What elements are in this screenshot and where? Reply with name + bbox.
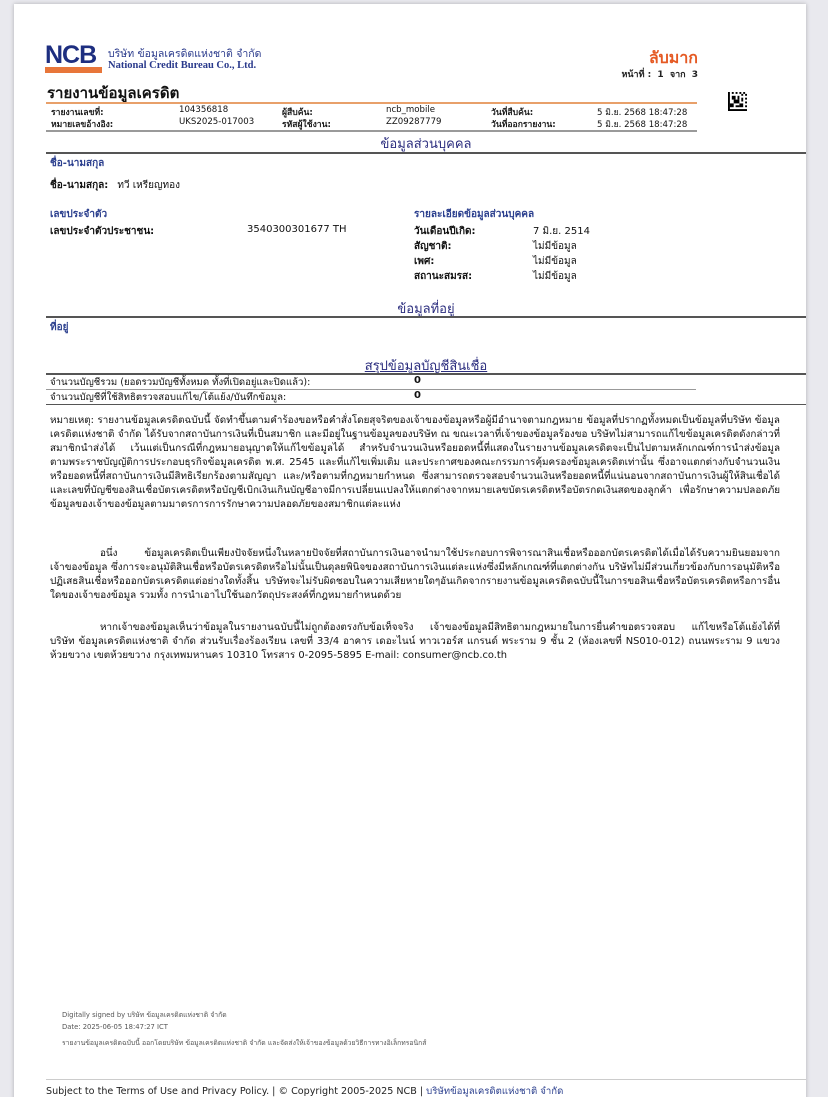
logo-text: NCB: [45, 44, 103, 66]
disclaimer-note: หมายเหตุ: รายงานข้อมูลเครดิตฉบับนี้ จัดท…: [50, 414, 780, 512]
dob-label: วันเดือนปีเกิด:: [414, 224, 476, 239]
name-value: ทวี เหรียญทอง: [117, 180, 180, 191]
report-page: NCB บริษัท ข้อมูลเครดิตแห่งชาติ จำกัด Na…: [14, 4, 806, 1097]
datamatrix-code-icon: [728, 92, 747, 111]
company-name-en: National Credit Bureau Co., Ltd.: [108, 60, 256, 71]
footer-company-link[interactable]: บริษัทข้อมูลเครดิตแห่งชาติ จำกัด: [426, 1086, 563, 1097]
reference-no-label: หมายเลขอ้างอิง:: [51, 117, 113, 131]
address-heading: ที่อยู่: [50, 320, 68, 335]
meta-divider: [46, 130, 697, 132]
id-label: เลขประจำตัวประชาชน:: [50, 224, 154, 239]
meta-row-2: หมายเลขอ้างอิง: UKS2025-017003 รหัสผู้ใช…: [51, 117, 701, 129]
user-code-value: ZZ09287779: [386, 117, 442, 127]
id-value: 3540300301677 TH: [247, 224, 347, 235]
nationality-value: ไม่มีข้อมูล: [533, 239, 577, 254]
page-total: 3: [692, 70, 698, 80]
address-section-rule: [46, 316, 806, 318]
disputed-accounts-value: 0: [414, 390, 421, 401]
reference-no-value: UKS2025-017003: [179, 117, 254, 127]
name-label: ชื่อ-นามสกุล:: [50, 180, 108, 191]
user-code-label: รหัสผู้ใช้งาน:: [282, 117, 331, 131]
personal-section-rule: [46, 152, 806, 154]
footer: Subject to the Terms of Use and Privacy …: [46, 1084, 563, 1097]
details-heading: รายละเอียดข้อมูลส่วนบุคคล: [414, 207, 534, 222]
gender-value: ไม่มีข้อมูล: [533, 254, 577, 269]
inquirer-value: ncb_mobile: [386, 105, 435, 115]
name-row: ชื่อ-นามสกุล: ทวี เหรียญทอง: [50, 173, 180, 193]
gender-label: เพศ:: [414, 254, 434, 269]
digital-signature-by: Digitally signed by บริษัท ข้อมูลเครดิตแ…: [62, 1009, 227, 1020]
page-of-label: จาก: [670, 70, 686, 80]
page-indicator: หน้าที่ : 1 จาก 3: [618, 67, 698, 81]
page-label: หน้าที่ :: [621, 70, 651, 80]
page-current: 1: [657, 70, 663, 80]
digital-signature-note: รายงานข้อมูลเครดิตฉบับนี้ ออกโดยบริษัท ข…: [62, 1037, 426, 1048]
footer-terms-link[interactable]: Subject to the Terms of Use and Privacy …: [46, 1086, 423, 1097]
summary-bottom-rule: [46, 404, 806, 405]
disputed-accounts-label: จำนวนบัญชีที่ใช้สิทธิตรวจสอบแก้ไข/โต้แย้…: [50, 390, 286, 405]
marital-value: ไม่มีข้อมูล: [533, 269, 577, 284]
report-no-value: 104356818: [179, 105, 228, 115]
id-heading: เลขประจำตัว: [50, 207, 107, 222]
dispute-contact-info: หากเจ้าของข้อมูลเห็นว่าข้อมูลในรายงานฉบั…: [50, 621, 780, 663]
total-accounts-value: 0: [414, 375, 421, 386]
ncb-logo: NCB: [45, 44, 103, 74]
marital-label: สถานะสมรส:: [414, 269, 472, 284]
personal-section-title: ข้อมูลส่วนบุคคล: [46, 133, 806, 154]
name-heading: ชื่อ-นามสกุล: [50, 156, 104, 171]
orange-divider: [46, 102, 697, 104]
nationality-label: สัญชาติ:: [414, 239, 452, 254]
issue-date-label: วันที่ออกรายงาน:: [491, 117, 556, 131]
issue-date-value: 5 มิ.ย. 2568 18:47:28: [597, 117, 687, 131]
disclaimer-credit-usage: อนึ่ง ข้อมูลเครดิตเป็นเพียงปัจจัยหนึ่งใน…: [50, 547, 780, 603]
total-accounts-label: จำนวนบัญชีรวม (ยอดรวมบัญชีทั้งหมด ทั้งที…: [50, 375, 310, 390]
dob-value: 7 มิ.ย. 2514: [533, 224, 590, 239]
report-meta: รายงานเลขที่: 104356818 ผู้สืบค้น: ncb_m…: [51, 105, 701, 129]
meta-row-1: รายงานเลขที่: 104356818 ผู้สืบค้น: ncb_m…: [51, 105, 701, 117]
digital-signature-date: Date: 2025-06-05 18:47:27 ICT: [62, 1023, 168, 1031]
footer-divider: [46, 1079, 806, 1080]
